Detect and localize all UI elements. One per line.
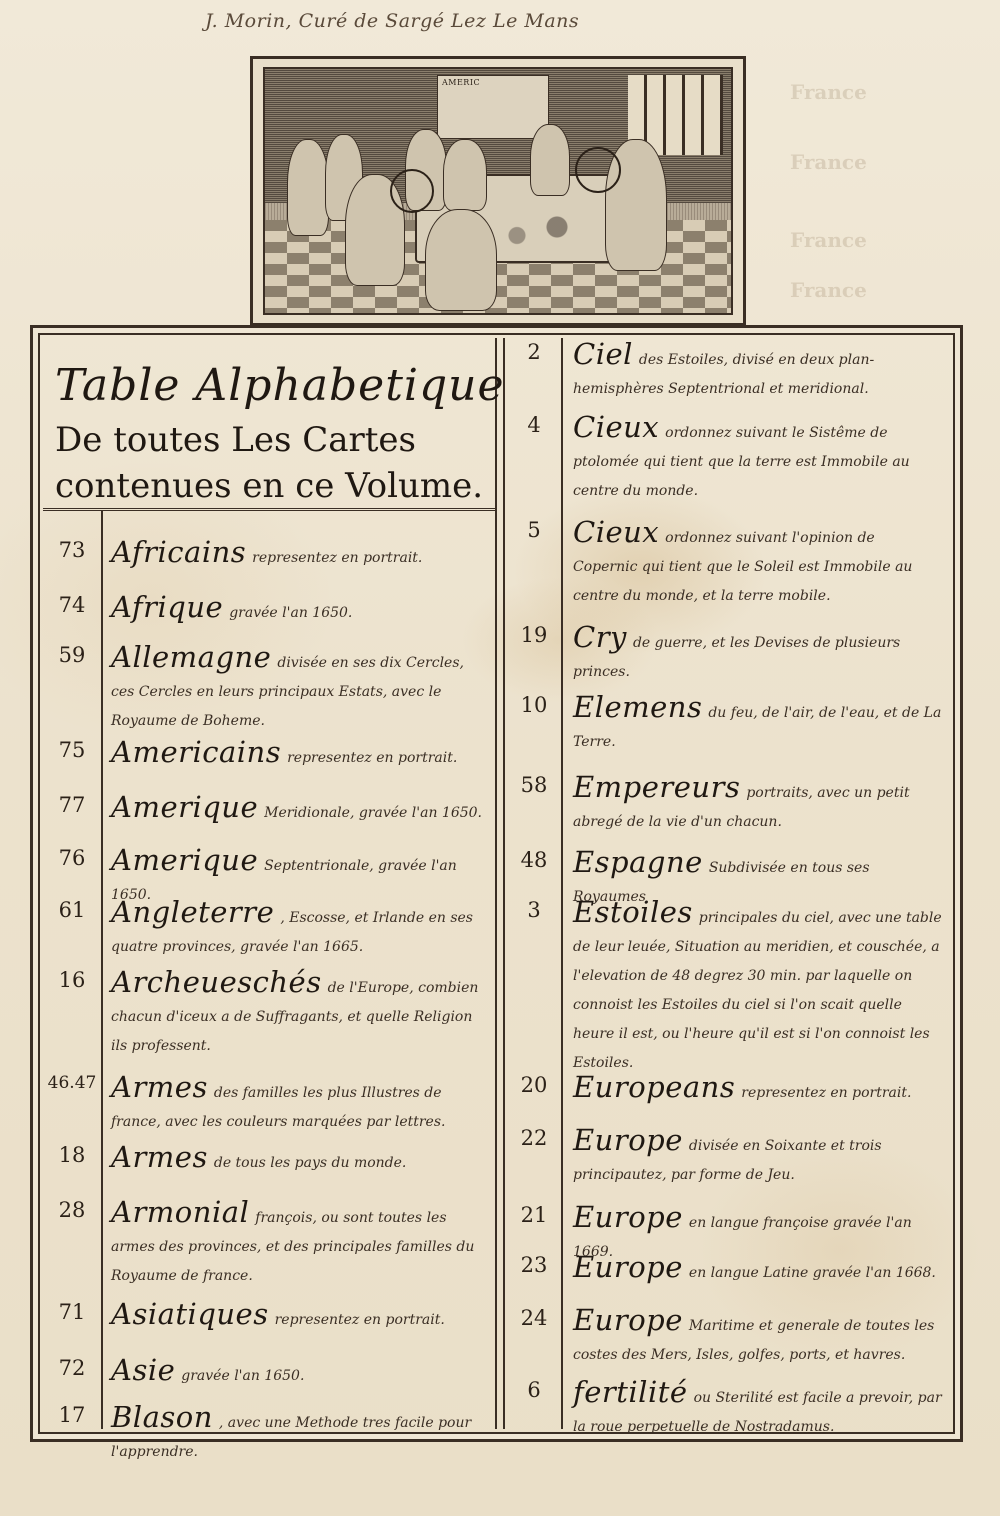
- armillary-sphere: [390, 169, 434, 213]
- figure: [530, 124, 570, 196]
- title-line-3: contenues en ce Volume.: [55, 466, 483, 506]
- index-table-frame: Table Alphabetique De toutes Les Cartes …: [30, 325, 963, 1442]
- engraving-illustration: AMERIC: [250, 56, 746, 326]
- bleed-through-text: France: [790, 228, 867, 252]
- bleed-through-text: France: [790, 278, 867, 302]
- bleed-through-text: France: [790, 80, 867, 104]
- number-column-rule: [101, 510, 103, 1429]
- signature: J. Morin, Curé de Sargé Lez Le Mans: [205, 10, 579, 32]
- right-column: 2Cieldes Estoiles, divisé en deux plan-h…: [503, 338, 948, 1429]
- title-block: Table Alphabetique De toutes Les Cartes …: [43, 338, 495, 511]
- figure: [287, 139, 329, 236]
- title-line-1: Table Alphabetique: [55, 360, 505, 411]
- figure: [425, 209, 497, 311]
- armillary-sphere: [575, 147, 621, 193]
- title-line-2: De toutes Les Cartes: [55, 420, 416, 460]
- figure: [443, 139, 487, 211]
- engraving-scene: AMERIC: [263, 67, 733, 315]
- bleed-through-text: France: [790, 150, 867, 174]
- wall-map: AMERIC: [437, 75, 549, 139]
- left-column: Table Alphabetique De toutes Les Cartes …: [43, 338, 497, 1429]
